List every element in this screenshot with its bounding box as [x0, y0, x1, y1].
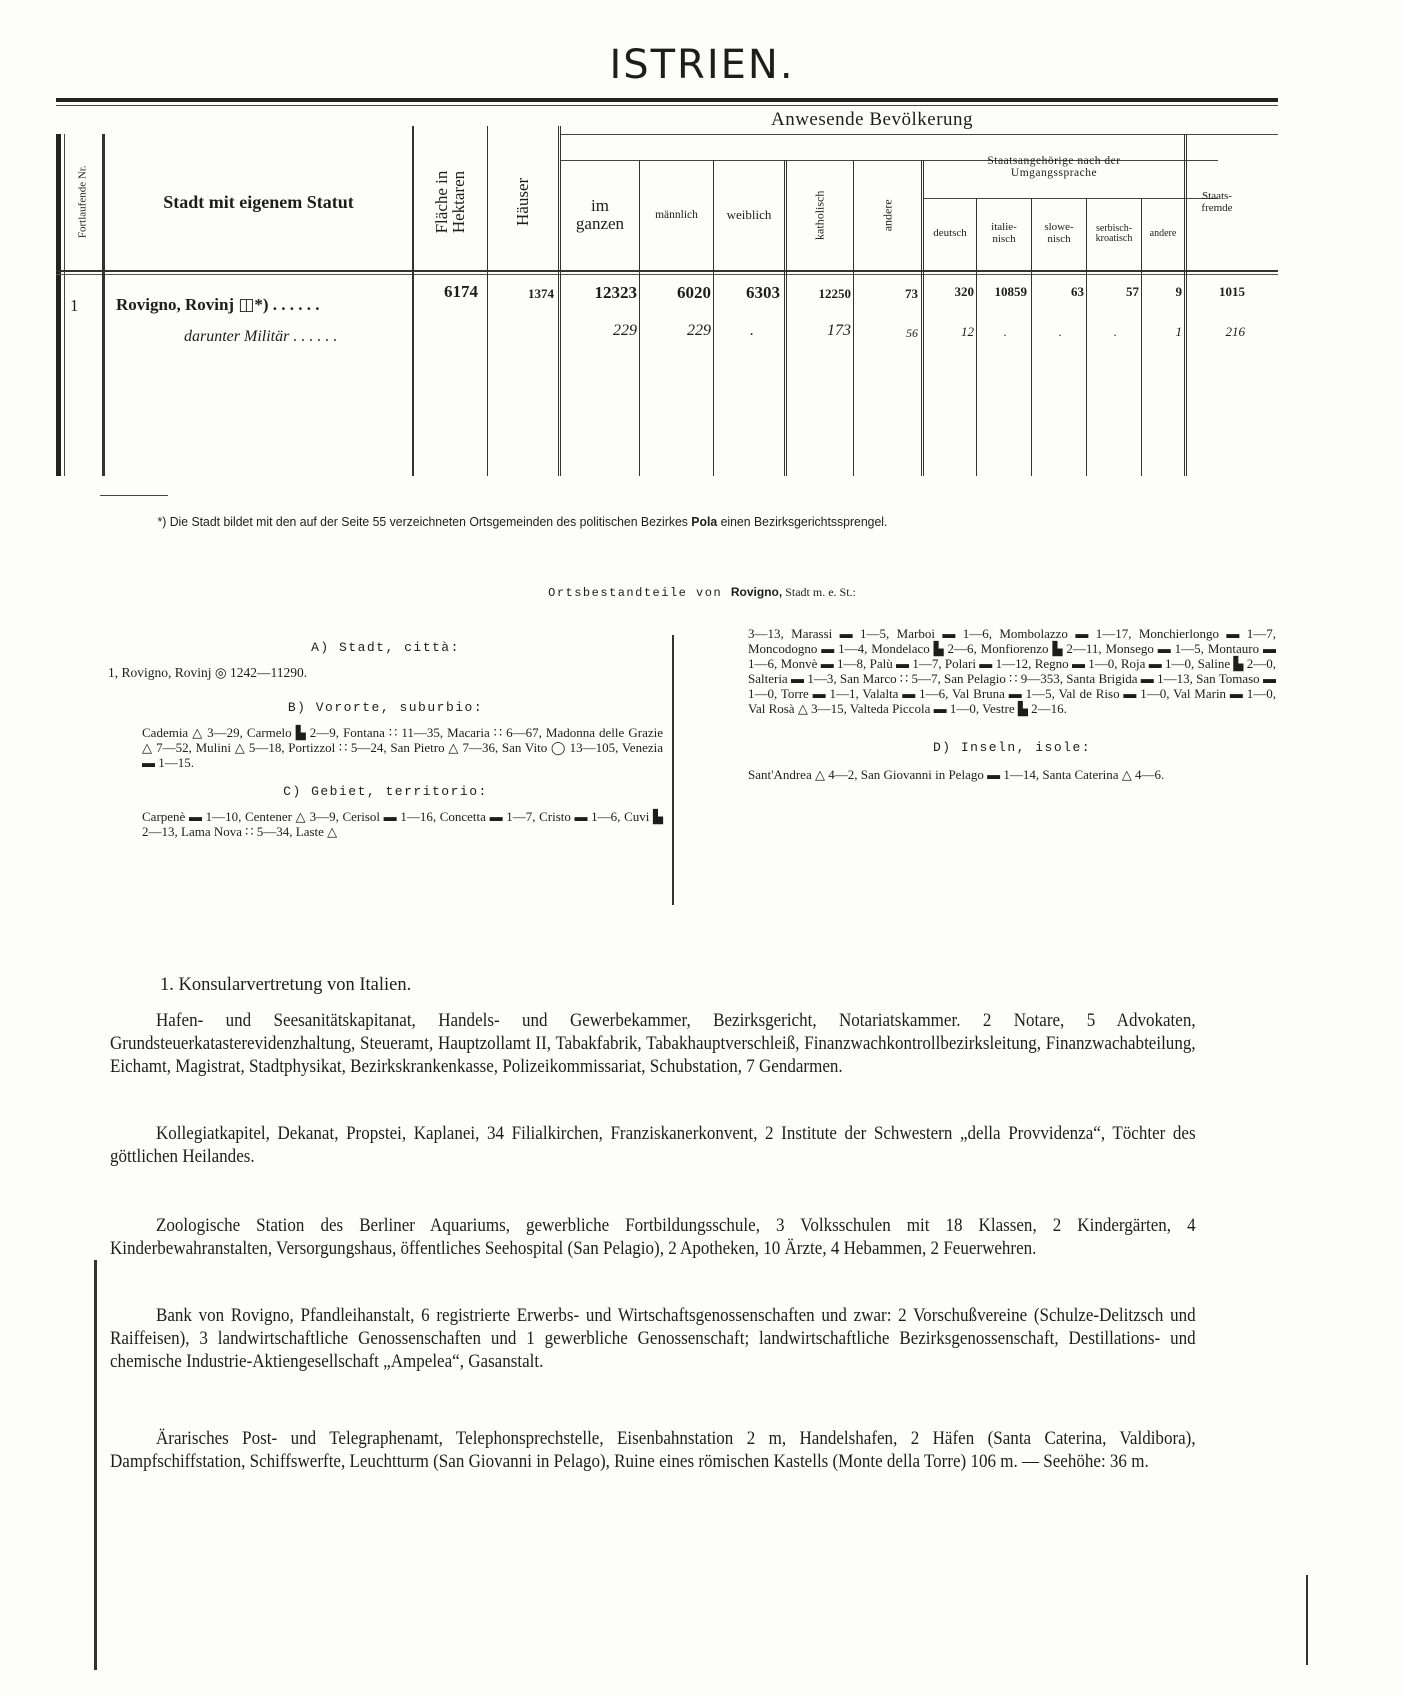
section-d-text: Sant'Andrea △ 4—2, San Giovanni in Pelag… [748, 767, 1276, 782]
header-anwesende: Anwesende Bevölkerung [771, 110, 973, 130]
population-table: Fortlaufende Nr. Stadt mit eigenem Statu… [56, 96, 1278, 476]
ortsbestandteile-left-column: A) Stadt, città: 1, Rovigno, Rovinj ◎ 12… [108, 640, 663, 839]
header-staatsfremde: Staats-fremde [1194, 191, 1240, 214]
header-slowenisch: slowe-nisch [1042, 222, 1076, 245]
header-stadt: Stadt mit eigenem Statut [163, 193, 353, 212]
header-weiblich: weiblich [727, 208, 772, 222]
header-im-ganzen: im ganzen [575, 197, 625, 233]
header-italienisch: italie-nisch [987, 222, 1021, 245]
paragraph-verkehr: Ärarisches Post- und Telegraphenamt, Tel… [110, 1428, 1196, 1474]
paragraph-wirtschaft: Bank von Rovigno, Pfandleihanstalt, 6 re… [110, 1305, 1196, 1374]
header-katholisch: katholisch [814, 190, 827, 239]
page-border-left [94, 1260, 97, 1670]
column-divider [672, 635, 674, 905]
header-andere-sprache: andere [1150, 229, 1177, 240]
paragraph-schulen: Zoologische Station des Berliner Aquariu… [110, 1215, 1196, 1261]
section-b-text: Cademia △ 3—29, Carmelo ▙ 2—9, Fontana ∷… [108, 725, 663, 770]
header-staatsangehoerige: Staatsangehörige nach der Umgangssprache [954, 155, 1154, 179]
section-a-text: 1, Rovigno, Rovinj ◎ 1242—11290. [108, 665, 663, 680]
ortsbestandteile-heading: Ortsbestandteile von Rovigno, Stadt m. e… [0, 585, 1404, 600]
header-deutsch: deutsch [933, 228, 967, 240]
paragraph-behoerden: Hafen- und Seesanitätskapitanat, Handels… [110, 1010, 1196, 1079]
section-b-title: B) Vororte, suburbio: [108, 700, 663, 715]
section-c-title: C) Gebiet, territorio: [108, 784, 663, 799]
header-serbokroatisch: serbisch-kroatisch [1089, 224, 1139, 245]
military-label: darunter Militär . . . . . . [184, 328, 337, 346]
header-nr: Fortlaufende Nr. [77, 166, 89, 239]
header-maennlich: männlich [655, 209, 698, 221]
ortsbestandteile-right-column: 3—13, Marassi ▬ 1—5, Marboi ▬ 1—6, Mombo… [748, 626, 1276, 782]
header-haeuser: Häuser [514, 178, 532, 226]
konsularvertretung: 1. Konsularvertretung von Italien. [160, 975, 411, 996]
page-border-right [1306, 1575, 1308, 1665]
header-flaeche: Fläche in Hektaren [433, 166, 467, 238]
footnote: *) Die Stadt bildet mit den auf der Seit… [157, 515, 887, 529]
section-c-text-right: 3—13, Marassi ▬ 1—5, Marboi ▬ 1—6, Mombo… [748, 626, 1276, 716]
page-title: ISTRIEN. [0, 42, 1404, 88]
header-andere-religion: andere [881, 199, 894, 231]
section-c-text-left: Carpenè ▬ 1—10, Centener △ 3—9, Cerisol … [108, 809, 663, 839]
section-a-title: A) Stadt, città: [108, 640, 663, 655]
section-d-title: D) Inseln, isole: [748, 740, 1276, 755]
city-name: Rovigno, Rovinj ◫*) . . . . . . [116, 295, 320, 315]
paragraph-kirche: Kollegiatkapitel, Dekanat, Propstei, Kap… [110, 1123, 1196, 1169]
footnote-divider [100, 495, 168, 496]
